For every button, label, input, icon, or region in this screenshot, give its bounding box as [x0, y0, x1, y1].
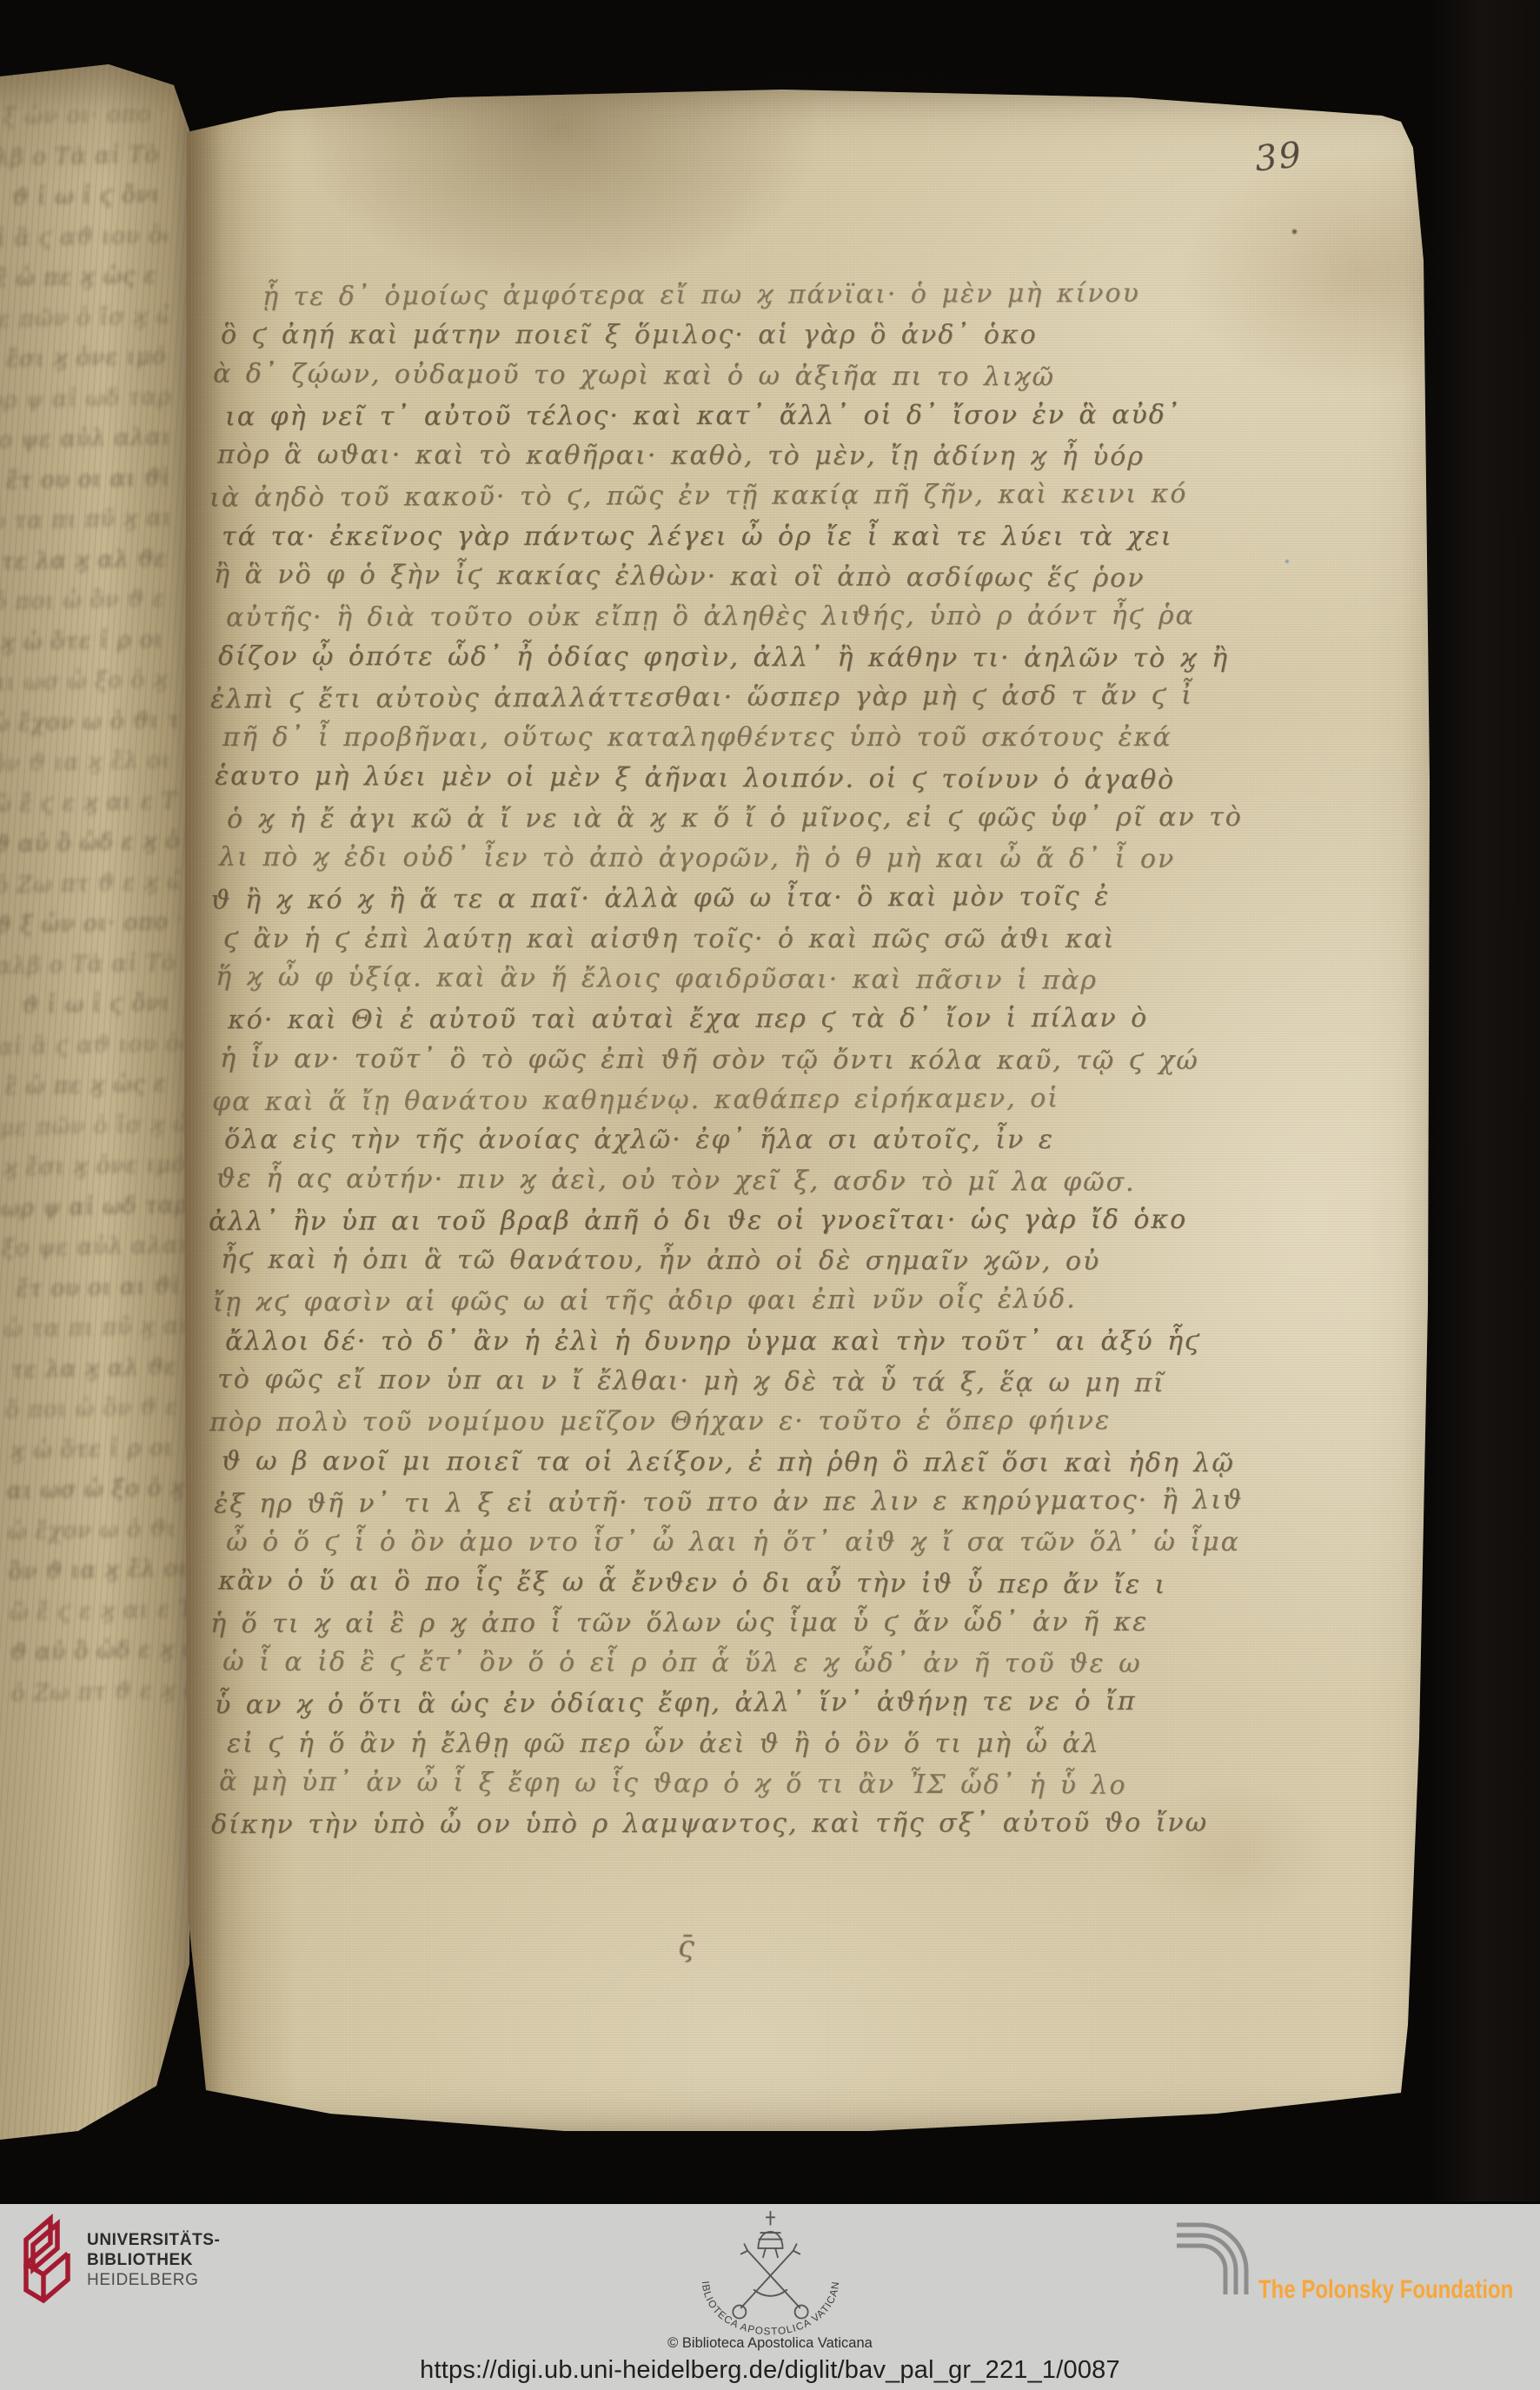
ub-heidelberg-logo-text: UNIVERSITÄTS- BIBLIOTHEK HEIDELBERG [87, 2230, 220, 2290]
quire-signature: ς̄ [678, 1929, 694, 1964]
black-backdrop-right-panel [1432, 0, 1540, 2201]
manuscript-text-block: ᾗ τε δ᾽ ὁμοίως ἀμφότερα εἴ πω ϗ πάνϊαι· … [209, 280, 1234, 1849]
previous-leaves-stack: ϑ ξ ὦν οι· οπο ττιαλβ ο Τὰ αἰ Τὸ λεῖϑ ἶ … [0, 61, 189, 2147]
vatican-seal-icon: BIBLIOTECA APOSTOLICA VATICANA [685, 2207, 856, 2340]
ub-line-1: UNIVERSITÄTS- [87, 2230, 220, 2250]
digitized-manuscript-photo: ϑ ξ ὦν οι· οπο ττιαλβ ο Τὰ αἰ Τὸ λεῖϑ ἶ … [0, 0, 1540, 2390]
svg-text:BIBLIOTECA APOSTOLICA VATICANA: BIBLIOTECA APOSTOLICA VATICANA [700, 2276, 842, 2337]
vatican-seal-circular-text: BIBLIOTECA APOSTOLICA VATICANA [700, 2276, 842, 2337]
folio-number: 39 [1253, 135, 1304, 179]
ink-speck [1291, 228, 1298, 236]
source-url: https://digi.ub.uni-heidelberg.de/diglit… [420, 2356, 1120, 2385]
manuscript-page: 39 ᾗ τε δ᾽ ὁμοίως ἀμφότερα εἴ πω ϗ πάνϊα… [184, 87, 1436, 2140]
vatican-copyright: © Biblioteca Apostolica Vaticana [667, 2335, 873, 2352]
ub-line-2: BIBLIOTHEK [87, 2250, 220, 2270]
ub-line-3: HEIDELBERG [87, 2270, 220, 2290]
polonsky-logo-icon [1175, 2221, 1253, 2296]
ub-heidelberg-logo-icon [14, 2214, 75, 2304]
polonsky-label: The Polonsky Foundation [1258, 2275, 1513, 2305]
caption-bar: UNIVERSITÄTS- BIBLIOTHEK HEIDELBERG BIBL… [0, 2201, 1540, 2390]
blue-speck [1284, 559, 1290, 564]
left-page-blurred-text: ϑ ξ ὦν οι· οπο ττιαλβ ο Τὰ αἰ Τὸ λεῖϑ ἶ … [0, 101, 197, 1721]
